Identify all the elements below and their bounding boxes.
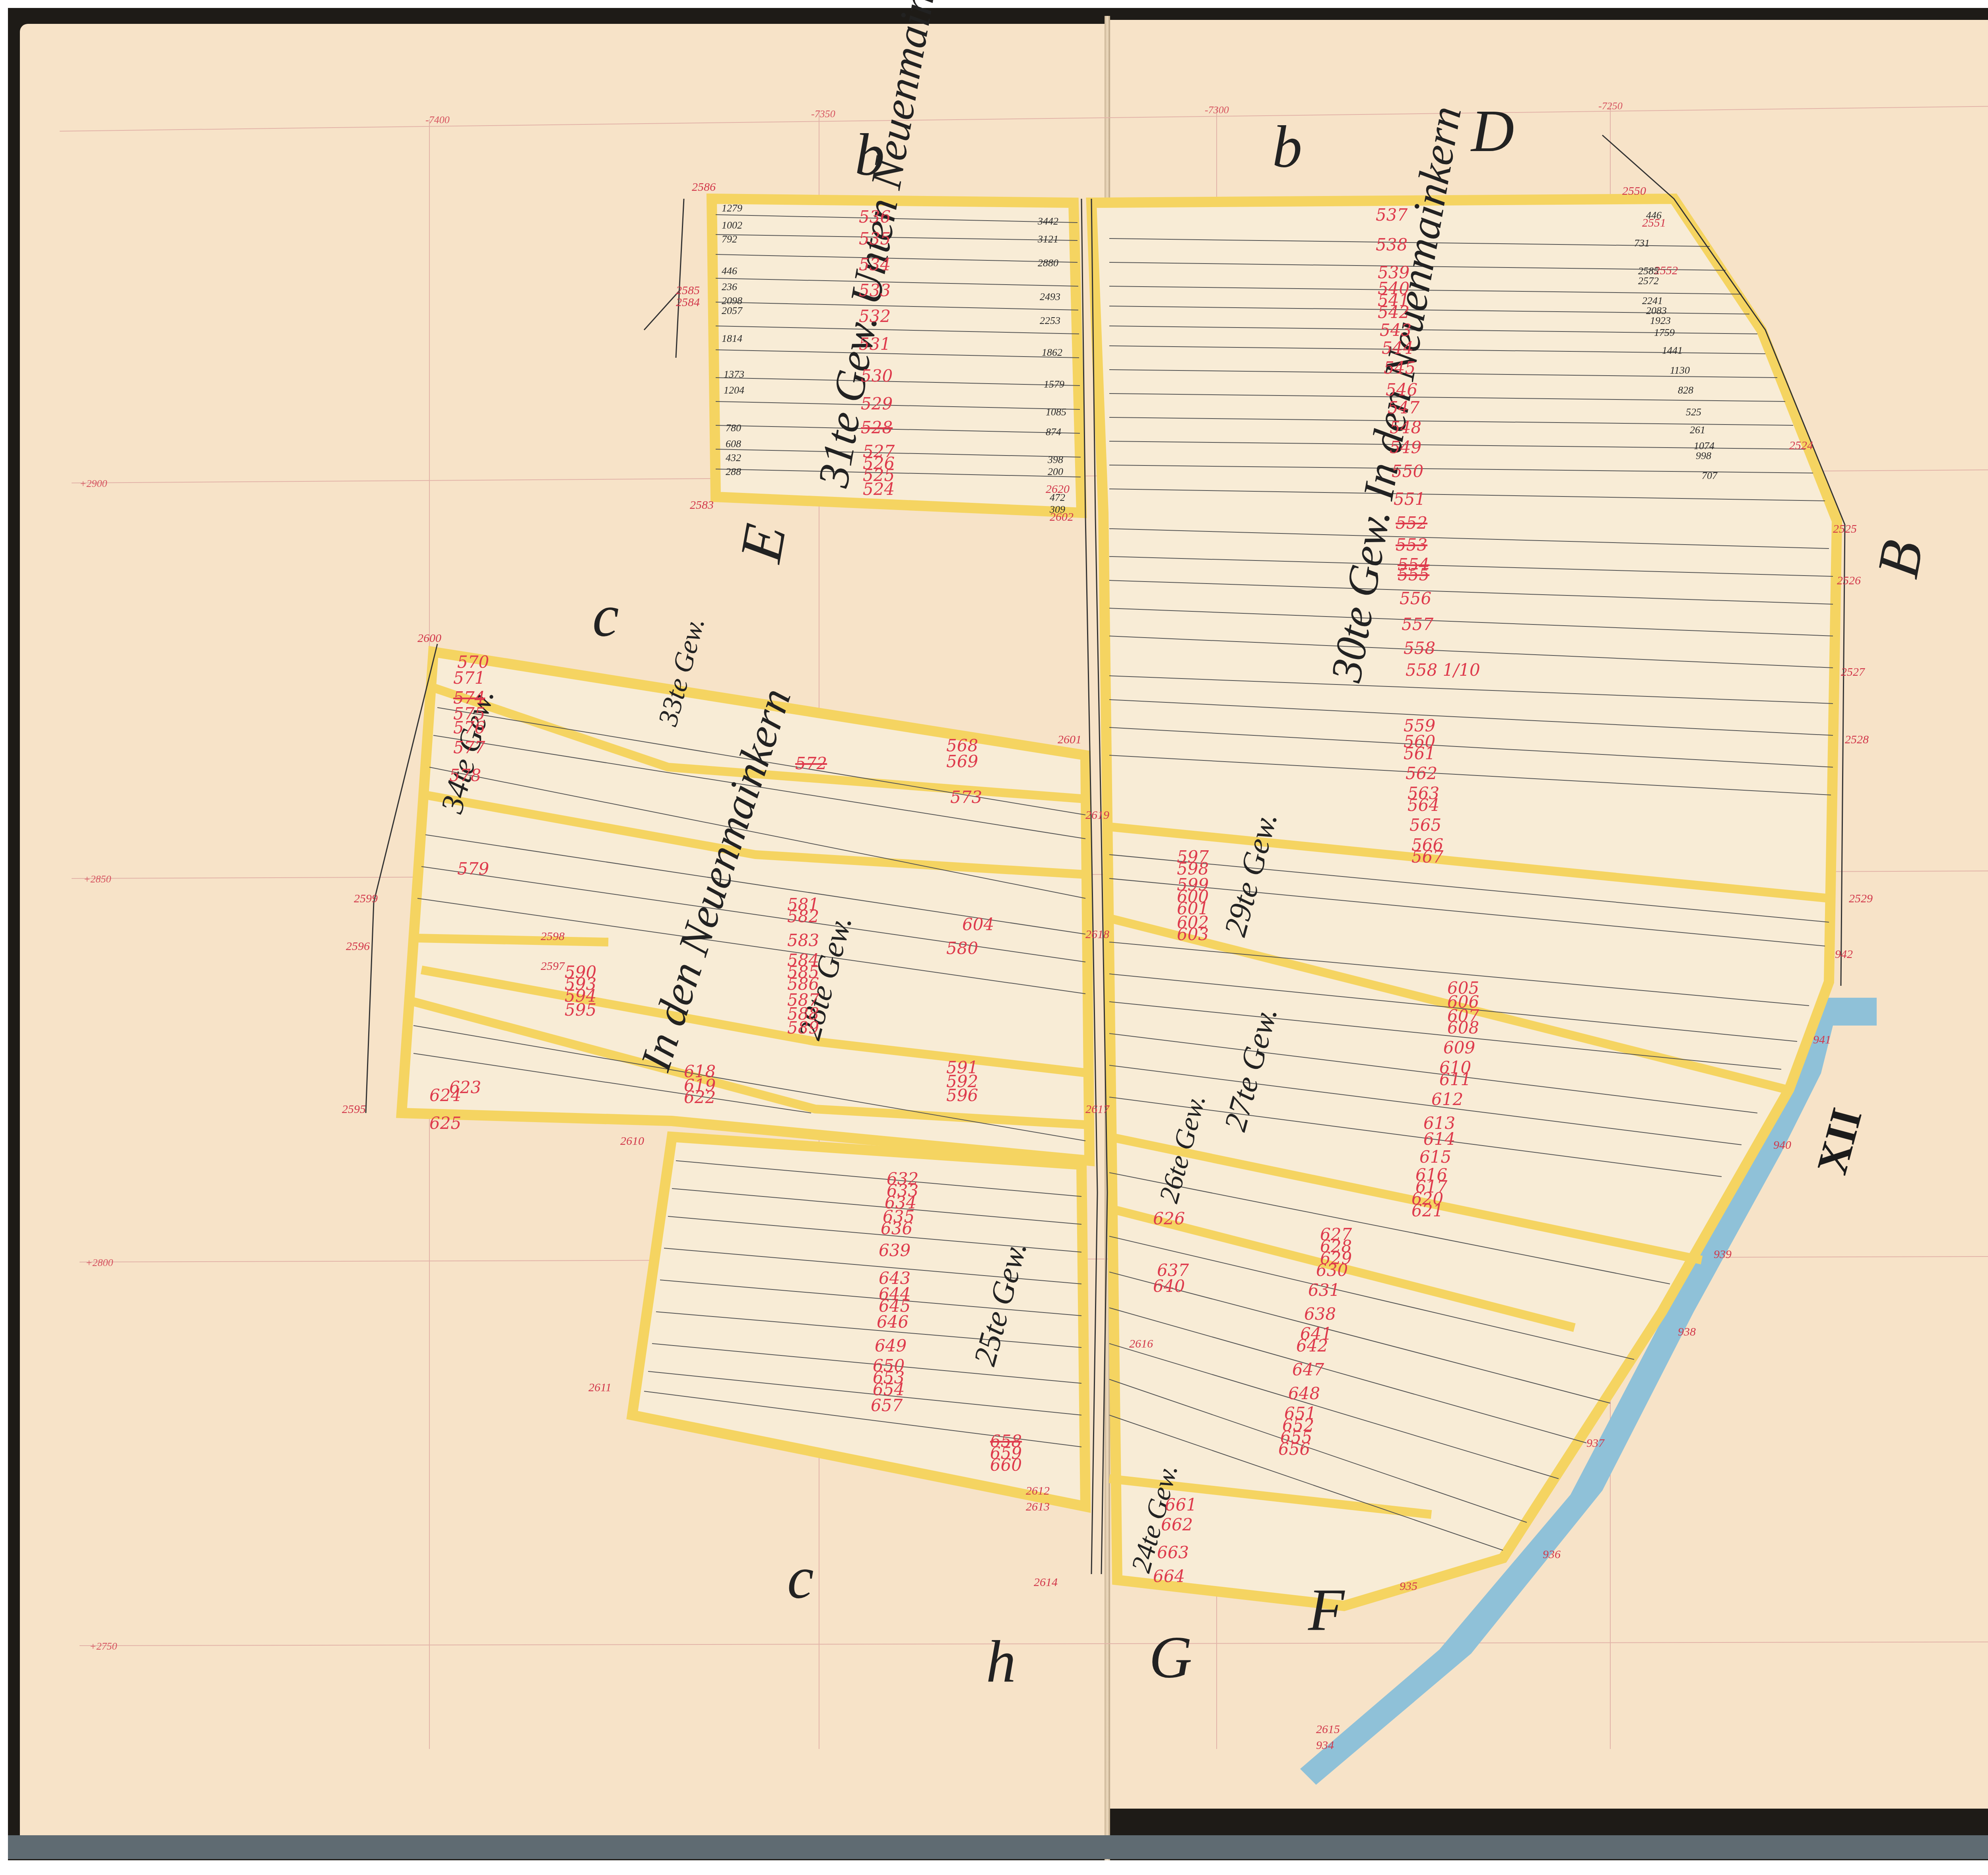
water-936: 936 [1543,1548,1561,1561]
letter-h: h [986,1629,1016,1695]
measurement: 446 [722,265,737,277]
parcel-647: 647 [1292,1360,1324,1379]
parcel-537: 537 [1376,205,1408,225]
parcel-580: 580 [946,938,978,958]
parcel-555-struck: 555 [1398,565,1429,584]
parcel-595: 595 [565,1000,596,1020]
letter-c-2: c [787,1545,814,1611]
letter-G: G [1149,1625,1192,1691]
parcel-524: 524 [863,479,895,499]
coord-top-3: -7250 [1598,100,1623,112]
measurement: 398 [1047,454,1063,465]
point-2529: 2529 [1849,892,1873,905]
letter-F: F [1308,1577,1345,1643]
parcel-551: 551 [1394,489,1425,509]
point-2527: 2527 [1841,665,1866,679]
point-2524: 2524 [1789,439,1813,452]
coord-top-1: -7350 [811,108,835,120]
parcel-567: 567 [1411,847,1443,867]
parcel-550: 550 [1392,461,1423,481]
measurement: 1862 [1042,347,1062,358]
parcel-556: 556 [1400,589,1431,608]
parcel-612: 612 [1431,1090,1463,1109]
point-2526: 2526 [1837,574,1861,587]
parcel-552-struck: 552 [1396,513,1427,533]
letter-E: E [727,520,799,568]
parcel-549: 549 [1390,438,1421,457]
parcel-545: 545 [1384,358,1415,378]
parcel-578: 578 [449,766,481,785]
parcel-609: 609 [1443,1038,1475,1057]
point-2616: 2616 [1129,1337,1153,1350]
measurement: 1373 [724,368,744,380]
parcel-531: 531 [859,334,891,354]
parcel-573: 573 [950,787,982,807]
point-2614: 2614 [1034,1576,1058,1589]
parcel-624: 624 [429,1086,461,1105]
parcel-561: 561 [1404,744,1435,763]
measurement: 2057 [722,305,743,316]
point-2600: 2600 [417,632,441,645]
measurement: 828 [1678,384,1693,396]
measurement: 236 [722,281,737,293]
parcel-547: 547 [1388,398,1419,417]
parcel-562: 562 [1406,764,1437,783]
parcel-571: 571 [453,668,485,688]
water-938: 938 [1678,1325,1696,1338]
water-939: 939 [1714,1248,1732,1261]
parcel-630: 630 [1316,1260,1348,1280]
parcel-661: 661 [1165,1495,1197,1514]
water-942: 942 [1835,948,1853,961]
measurement: 2253 [1040,315,1060,326]
point-2597: 2597 [541,960,565,973]
point-2585: 2585 [676,284,700,297]
cadastral-map: -7400 -7350 -7300 -7250 -7200 +2900 +285… [0,0,1988,1875]
parcel-553-struck: 553 [1396,535,1427,555]
letter-b-2: b [1272,114,1302,180]
parcel-646: 646 [877,1312,909,1332]
parcel-649: 649 [875,1336,907,1355]
point-2615: 2615 [1316,1723,1340,1736]
point-2598: 2598 [541,930,565,943]
measurement: 2880 [1038,257,1058,269]
parcel-625: 625 [429,1113,461,1133]
point-2613: 2613 [1026,1500,1050,1513]
point-2612: 2612 [1026,1484,1050,1497]
parcel-638: 638 [1304,1304,1336,1324]
parcel-608: 608 [1447,1018,1479,1037]
measurement: 1204 [724,384,744,396]
measurement: 1441 [1662,345,1683,356]
parcel-663: 663 [1157,1543,1189,1562]
parcel-546: 546 [1386,380,1417,399]
parcel-626: 626 [1153,1209,1185,1228]
point-2595: 2595 [342,1103,366,1116]
measurement: 2572 [1638,275,1659,287]
parcel-583: 583 [787,931,819,950]
point-2596: 2596 [346,940,370,953]
coord-left-1: +2850 [83,873,111,885]
letter-D: D [1470,98,1514,164]
letter-c-1: c [592,583,619,649]
measurement: 1814 [722,333,742,344]
parcel-558: 558 [1404,638,1435,658]
parcel-579: 579 [457,859,489,878]
parcel-534: 534 [859,255,891,274]
parcel-615: 615 [1419,1147,1451,1167]
parcel-614: 614 [1423,1129,1455,1149]
letter-B: B [1864,535,1936,583]
coord-left-3: +2750 [89,1640,117,1652]
scan-bottom-edge [8,1835,1988,1859]
parcel-611: 611 [1439,1070,1471,1089]
parcel-558-10: 558 1/10 [1406,660,1480,680]
parcel-631: 631 [1308,1280,1340,1300]
parcel-548: 548 [1390,418,1421,437]
parcel-664: 664 [1153,1567,1185,1586]
point-2618: 2618 [1085,928,1109,941]
parcel-564: 564 [1408,795,1439,815]
point-2586: 2586 [692,180,716,194]
point-2528: 2528 [1845,733,1869,746]
point-2619: 2619 [1085,809,1109,822]
parcel-604: 604 [962,915,994,934]
parcel-538: 538 [1376,235,1408,254]
measurement: 525 [1686,406,1701,418]
parcel-657: 657 [871,1396,903,1415]
point-2610: 2610 [620,1134,644,1148]
measurement: 200 [1048,466,1063,477]
parcel-532: 532 [859,306,891,326]
parcel-639: 639 [879,1241,911,1260]
water-935: 935 [1400,1580,1417,1593]
measurement: 288 [726,466,741,477]
parcel-569: 569 [946,752,978,771]
parcel-660: 660 [990,1455,1022,1475]
measurement: 608 [726,438,741,450]
coord-top-0: -7400 [425,114,450,126]
point-2584: 2584 [676,296,700,309]
measurement: 792 [722,233,737,245]
parcel-529: 529 [861,394,893,413]
measurement: 446 [1646,209,1662,221]
coord-left-0: +2900 [80,478,107,489]
measurement: 2493 [1040,291,1060,302]
measurement: 1130 [1670,365,1690,376]
measurement: 1279 [722,202,742,214]
parcel-648: 648 [1288,1384,1320,1403]
water-940: 940 [1773,1138,1791,1152]
water-934: 934 [1316,1739,1334,1752]
parcel-622: 622 [684,1088,716,1107]
measurement: 731 [1634,237,1650,249]
parcel-662: 662 [1161,1515,1193,1534]
parcel-557: 557 [1402,615,1433,634]
measurement: 1085 [1046,406,1066,418]
parcel-543: 543 [1380,320,1411,340]
parcel-656: 656 [1278,1439,1310,1459]
measurement: 1759 [1654,327,1675,338]
measurement: 3121 [1037,233,1058,245]
point-2583: 2583 [690,498,714,512]
measurement: 707 [1702,470,1718,481]
parcel-542: 542 [1378,302,1409,322]
point-2599: 2599 [354,892,378,905]
parcel-572-struck: 572 [795,754,827,773]
parcel-536: 536 [859,207,891,227]
measurement: 472 [1050,492,1065,503]
parcel-535: 535 [859,229,891,248]
coord-top-2: -7300 [1205,104,1229,116]
measurement: 780 [726,422,741,434]
measurement: 261 [1690,424,1705,436]
parcel-621: 621 [1411,1201,1443,1220]
measurement: 3442 [1037,215,1058,227]
measurement: 432 [726,452,741,463]
measurement: 309 [1049,504,1065,515]
measurement: 1579 [1044,378,1064,390]
parcel-596: 596 [946,1086,978,1105]
parcel-589: 589 [787,1018,819,1037]
measurement: 1923 [1650,315,1671,326]
measurement: 998 [1696,450,1711,461]
parcel-533: 533 [859,281,891,300]
point-2617: 2617 [1085,1103,1110,1116]
point-2525: 2525 [1833,522,1857,535]
parcel-528-struck: 528 [861,418,893,437]
point-2611: 2611 [588,1381,612,1394]
parcel-603: 603 [1177,925,1209,944]
parcel-636: 636 [881,1219,912,1238]
measurement: 874 [1046,426,1061,438]
parcel-577: 577 [453,738,485,757]
letter-b-1: b [855,122,885,188]
sheet-number: XII [1807,1103,1871,1179]
parcel-blocks [402,199,1837,1606]
parcel-642: 642 [1296,1336,1328,1355]
coord-left-2: +2800 [85,1257,113,1268]
parcel-576: 576 [453,718,485,737]
point-2601: 2601 [1058,733,1081,746]
water-941: 941 [1813,1033,1831,1046]
water-937: 937 [1586,1437,1605,1450]
measurement: 1002 [722,219,742,231]
parcel-582: 582 [787,907,819,926]
point-2550: 2550 [1622,184,1646,198]
parcel-544: 544 [1382,338,1413,358]
parcel-640: 640 [1153,1276,1185,1296]
parcel-530: 530 [861,366,893,386]
parcel-565: 565 [1409,815,1441,835]
